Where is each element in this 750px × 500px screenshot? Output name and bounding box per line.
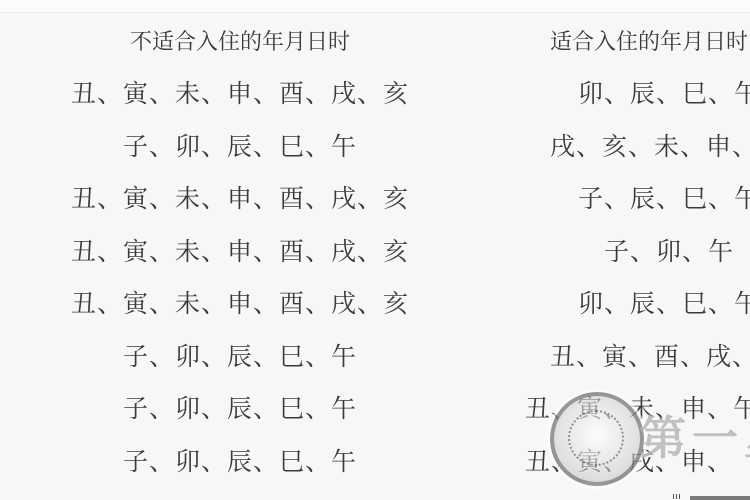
suitable-row: 戌、亥、未、申、	[520, 121, 750, 174]
unsuitable-row: 丑、寅、未、申、酉、戌、亥	[60, 226, 420, 279]
suitable-times-header: 适合入住的年月日时	[520, 18, 750, 68]
suitable-row: 子、卯、午	[520, 226, 750, 279]
unsuitable-row: 丑、寅、未、申、酉、戌、亥	[60, 278, 420, 331]
unsuitable-row: 子、卯、辰、巳、午	[60, 436, 420, 489]
top-strip	[0, 0, 750, 13]
suitable-row: 卯、辰、巳、午	[520, 278, 750, 331]
unsuitable-times-column: 不适合入住的年月日时 丑、寅、未、申、酉、戌、亥 子、卯、辰、巳、午 丑、寅、未…	[60, 18, 420, 488]
suitable-row: 丑、寅、未、申、午	[520, 383, 750, 436]
unsuitable-row: 子、卯、辰、巳、午	[60, 121, 420, 174]
bottom-bar	[690, 496, 750, 500]
suitable-row: 卯、辰、巳、午	[520, 68, 750, 121]
unsuitable-times-header: 不适合入住的年月日时	[60, 18, 420, 68]
bottom-dots	[673, 494, 681, 499]
unsuitable-row: 丑、寅、未、申、酉、戌、亥	[60, 68, 420, 121]
suitable-times-column: 适合入住的年月日时 卯、辰、巳、午 戌、亥、未、申、 子、辰、巳、午 子、卯、午…	[520, 18, 750, 500]
unsuitable-row: 丑、寅、未、申、酉、戌、亥	[60, 173, 420, 226]
suitable-row: 丑、寅、戌、申、	[520, 436, 750, 489]
unsuitable-row: 子、卯、辰、巳、午	[60, 331, 420, 384]
suitable-row: 子、辰、巳、午	[520, 173, 750, 226]
unsuitable-row: 子、卯、辰、巳、午	[60, 383, 420, 436]
suitable-row: 丑、寅、酉、戌、	[520, 331, 750, 384]
